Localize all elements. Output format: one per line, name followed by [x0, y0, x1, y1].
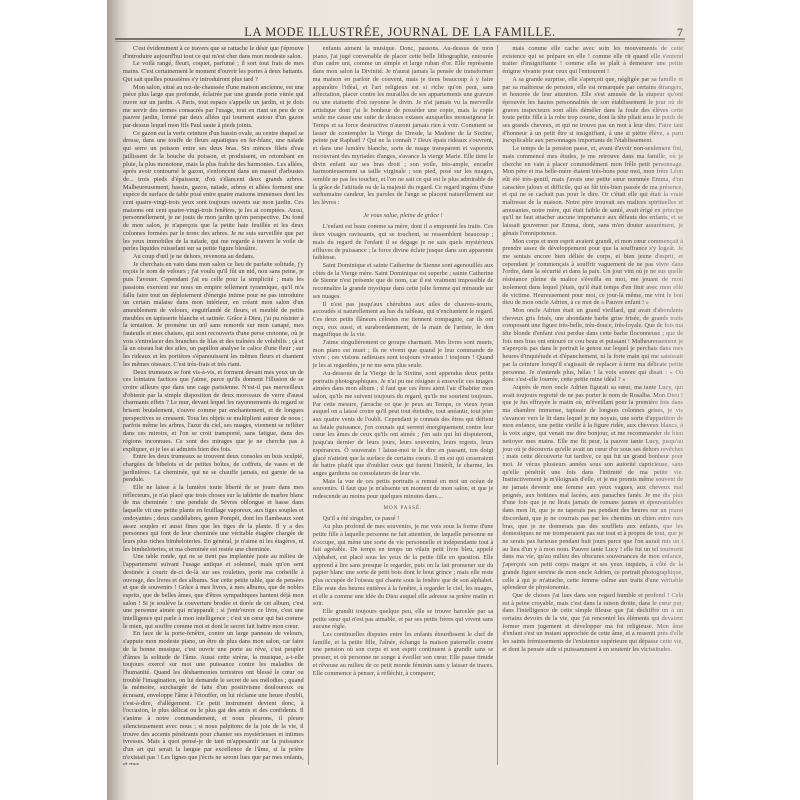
paragraph: Deux trumeaux se font vis-à-vis, et form…	[123, 369, 304, 454]
paragraph: Une table ronde, qui ne se tient pas imp…	[123, 553, 304, 630]
paragraph: Mon corps et mon esprit avaient grandi, …	[502, 238, 683, 307]
paragraph: Auprès de mon oncle Adrien figurait sa s…	[502, 384, 683, 592]
paragraph: Elle ne laisse à la lumière toute libert…	[123, 484, 304, 553]
column-1: C'est évidemment à ce travers que se rat…	[119, 45, 308, 765]
section-heading: MON PASSÉ.	[313, 505, 494, 513]
paragraph: Qu'il a été singulier, ce passé !	[313, 515, 494, 523]
paragraph: Elle grandit toujours quelque peu, elle …	[313, 608, 494, 631]
paragraph: Au coup d'œil je ne dehors, revenons au …	[123, 253, 304, 261]
paragraph: enfants aiment la musique. Donc, passons…	[313, 45, 494, 207]
paragraph: Au-dessous de la Vierge de la Sixtine, s…	[313, 370, 494, 478]
paragraph: C'est évidemment à ce travers que se rat…	[123, 45, 304, 60]
paragraph: Saint Dominique et sainte Catherine de S…	[313, 262, 494, 301]
paragraph: Mon salon, situé au rez-de-chaussée d'un…	[123, 84, 304, 130]
paragraph: Mais la vue de ces petits portraits a re…	[313, 478, 494, 501]
column-3: mais comme elle cache avec soin les mouv…	[497, 45, 687, 765]
newspaper-page: LA MODE ILLUSTRÉE, JOURNAL DE LA FAMILLE…	[107, 0, 693, 800]
paragraph: Il n'est pas jusqu'aux chérubins aux ail…	[313, 301, 494, 340]
paragraph: Mon oncle Adrien était un grand vieillar…	[502, 307, 683, 384]
paragraph: L'enfant est beau comme sa mère, dont il…	[313, 223, 494, 262]
column-2: enfants aiment la musique. Donc, passons…	[308, 45, 498, 765]
paragraph: Entre les deux trumeaux se trouvent deux…	[123, 453, 304, 484]
paragraph: Ce gazon est la verte ceinture d'un bass…	[123, 130, 304, 253]
paragraph: Le voilà rangé, fleuri, coquet, parfumé …	[123, 60, 304, 83]
paragraph: En face de la porte-fenêtre, contre un l…	[123, 630, 304, 765]
paragraph: Les continuelles disputes entre les enfa…	[313, 631, 494, 677]
paragraph: Le temps de la pension passe, et, avant …	[502, 145, 683, 237]
paragraph: Que de choses j'ai lues dans son regard …	[502, 592, 683, 654]
header-rule	[115, 38, 685, 42]
paragraph: mais comme elle cache avec soin les mouv…	[502, 45, 683, 76]
paragraph: Je cherchais en vain dans mon salon ce l…	[123, 261, 304, 369]
text-columns: C'est évidemment à ce travers que se rat…	[119, 45, 687, 765]
verse-quote: Je vous salue, pleine de grâce !	[313, 212, 494, 220]
paragraph: J'aime singulièrement ce groupe charmant…	[313, 339, 494, 370]
paragraph: Au plus profond de mes souvenirs, je me …	[313, 523, 494, 608]
paragraph: A sa grande surprise, elle s'aperçoit qu…	[502, 76, 683, 145]
